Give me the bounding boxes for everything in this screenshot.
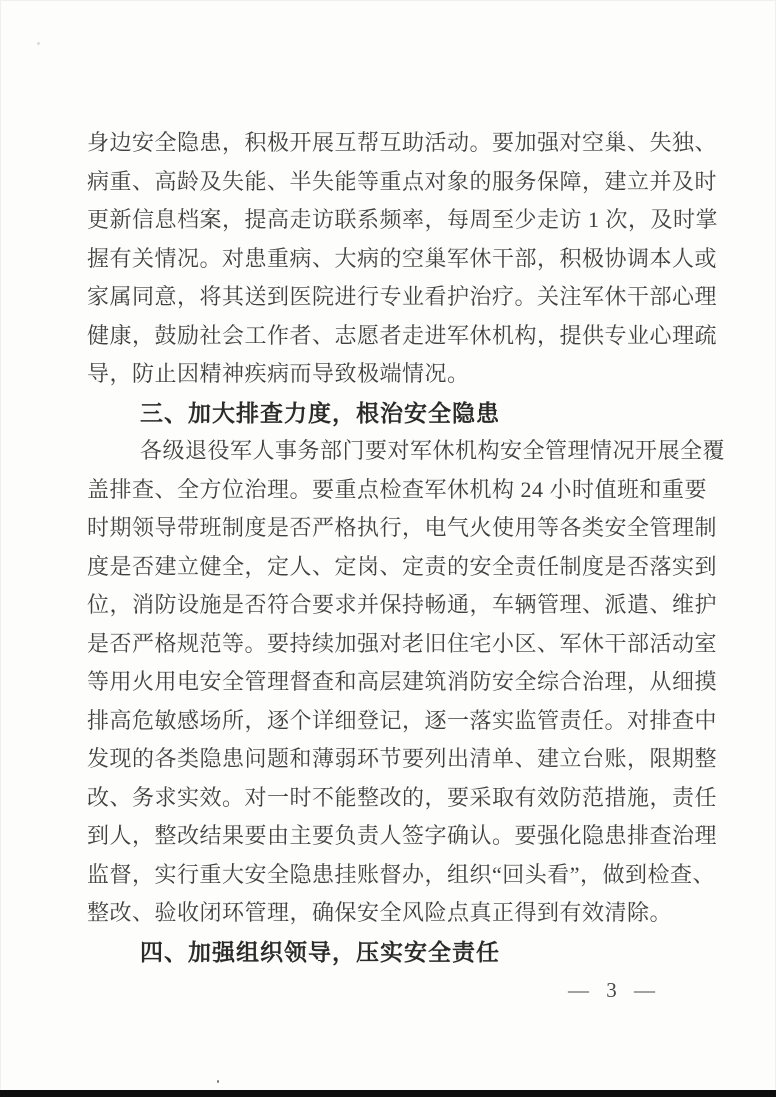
text-line: 家属同意，将其送到医院进行专业看护治疗。关注军休干部心理 — [87, 278, 691, 317]
text-line: 握有关情况。对患重病、大病的空巢军休干部，积极协调本人或 — [87, 240, 691, 279]
text-line: 病重、高龄及失能、半失能等重点对象的服务保障，建立并及时 — [87, 163, 691, 202]
text-line: 度是否建立健全，定人、定岗、定责的安全责任制度是否落实到 — [87, 548, 691, 587]
document-page: 身边安全隐患，积极开展互帮互助活动。要加强对空巢、失独、 病重、高龄及失能、半失… — [0, 0, 776, 1097]
text-line: 到人，整改结果要由主要负责人签字确认。要强化隐患排查治理 — [87, 817, 691, 856]
scan-speck — [217, 1080, 219, 1083]
page-number: — 3 — — [87, 971, 691, 1010]
text-line: 各级退役军人事务部门要对军休机构安全管理情况开展全覆 — [87, 432, 691, 471]
text-line: 健康，鼓励社会工作者、志愿者走进军休机构，提供专业心理疏 — [87, 317, 691, 356]
text-line: 排高危敏感场所，逐个详细登记，逐一落实监管责任。对排查中 — [87, 702, 691, 741]
section-heading-three: 三、加大排查力度，根治安全隐患 — [87, 394, 691, 433]
text-line: 盖排查、全方位治理。要重点检查军休机构 24 小时值班和重要 — [87, 471, 691, 510]
scan-speck — [37, 42, 40, 45]
scan-edge-artifact — [0, 1090, 776, 1097]
document-body: 身边安全隐患，积极开展互帮互助活动。要加强对空巢、失独、 病重、高龄及失能、半失… — [0, 124, 776, 1010]
text-line: 整改、验收闭环管理，确保安全风险点真正得到有效清除。 — [87, 894, 691, 933]
text-line: 身边安全隐患，积极开展互帮互助活动。要加强对空巢、失独、 — [87, 124, 691, 163]
text-line: 等用火用电安全管理督查和高层建筑消防安全综合治理，从细摸 — [87, 663, 691, 702]
section-heading-four: 四、加强组织领导，压实安全责任 — [87, 933, 691, 972]
text-line: 位，消防设施是否符合要求并保持畅通，车辆管理、派遣、维护 — [87, 586, 691, 625]
text-line: 是否严格规范等。要持续加强对老旧住宅小区、军休干部活动室 — [87, 625, 691, 664]
text-line: 监督，实行重大安全隐患挂账督办，组织“回头看”，做到检查、 — [87, 856, 691, 895]
text-line: 时期领导带班制度是否严格执行，电气火使用等各类安全管理制 — [87, 509, 691, 548]
text-line: 更新信息档案，提高走访联系频率，每周至少走访 1 次，及时掌 — [87, 201, 691, 240]
text-line: 改、务求实效。对一时不能整改的，要采取有效防范措施，责任 — [87, 779, 691, 818]
scan-speck — [560, 880, 563, 882]
text-line: 发现的各类隐患问题和薄弱环节要列出清单、建立台账，限期整 — [87, 740, 691, 779]
text-line: 导，防止因精神疾病而导致极端情况。 — [87, 355, 691, 394]
